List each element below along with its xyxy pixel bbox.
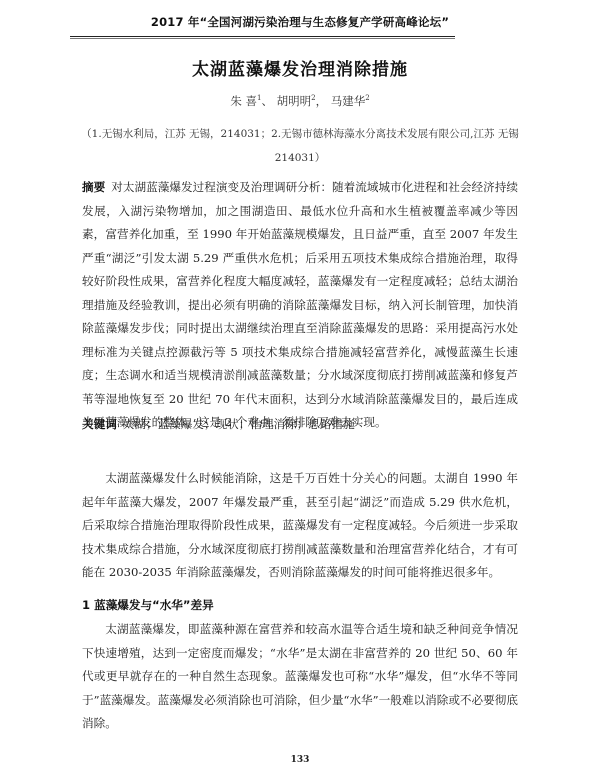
header-rule-thin xyxy=(70,38,455,39)
section-heading: 1 蓝藻爆发与“水华”差异 xyxy=(82,597,214,613)
author-name: 朱 喜 xyxy=(230,94,257,108)
paper-title: 太湖蓝藻爆发治理消除措施 xyxy=(0,55,600,80)
author-list: 朱 喜1、 胡明明2， 马建华2 xyxy=(0,93,600,109)
author-affil-mark: 2 xyxy=(365,94,369,102)
author-name: 胡明明 xyxy=(277,94,312,108)
author-affil-mark: 2 xyxy=(311,94,315,102)
affiliations: （1.无锡水利局，江苏 无锡，214031；2.无锡市德林海藻水分离技术发展有限… xyxy=(80,122,520,170)
abstract-text: 对太湖蓝藻爆发过程演变及治理调研分析：随着流域城市化进程和社会经济持续发展，入湖… xyxy=(82,180,518,429)
header-rule xyxy=(70,36,455,37)
page-number: 133 xyxy=(0,755,600,765)
abstract-label: 摘要 xyxy=(82,180,105,194)
author-affil-mark: 1 xyxy=(257,94,261,102)
section-paragraph: 太湖蓝藻爆发，即蓝藻种源在富营养和较高水温等合适生境和缺乏种间竞争情况下快速增殖… xyxy=(82,618,518,736)
author-name: 马建华 xyxy=(331,94,366,108)
conference-header: 2017 年“全国河湖污染治理与生态修复产学研高峰论坛” xyxy=(0,14,600,30)
abstract: 摘要对太湖蓝藻爆发过程演变及治理调研分析：随着流域城市化进程和社会经济持续发展，… xyxy=(82,176,518,435)
keywords-label: 关键词 xyxy=(82,417,117,431)
keywords-text: 太湖；蓝藻爆发；现状；治理消除；思路措施 xyxy=(123,417,355,431)
keywords: 关键词太湖；蓝藻爆发；现状；治理消除；思路措施 xyxy=(82,413,518,437)
intro-paragraph: 太湖蓝藻爆发什么时候能消除，这是千万百姓十分关心的问题。太湖自 1990 年起年… xyxy=(82,467,518,585)
